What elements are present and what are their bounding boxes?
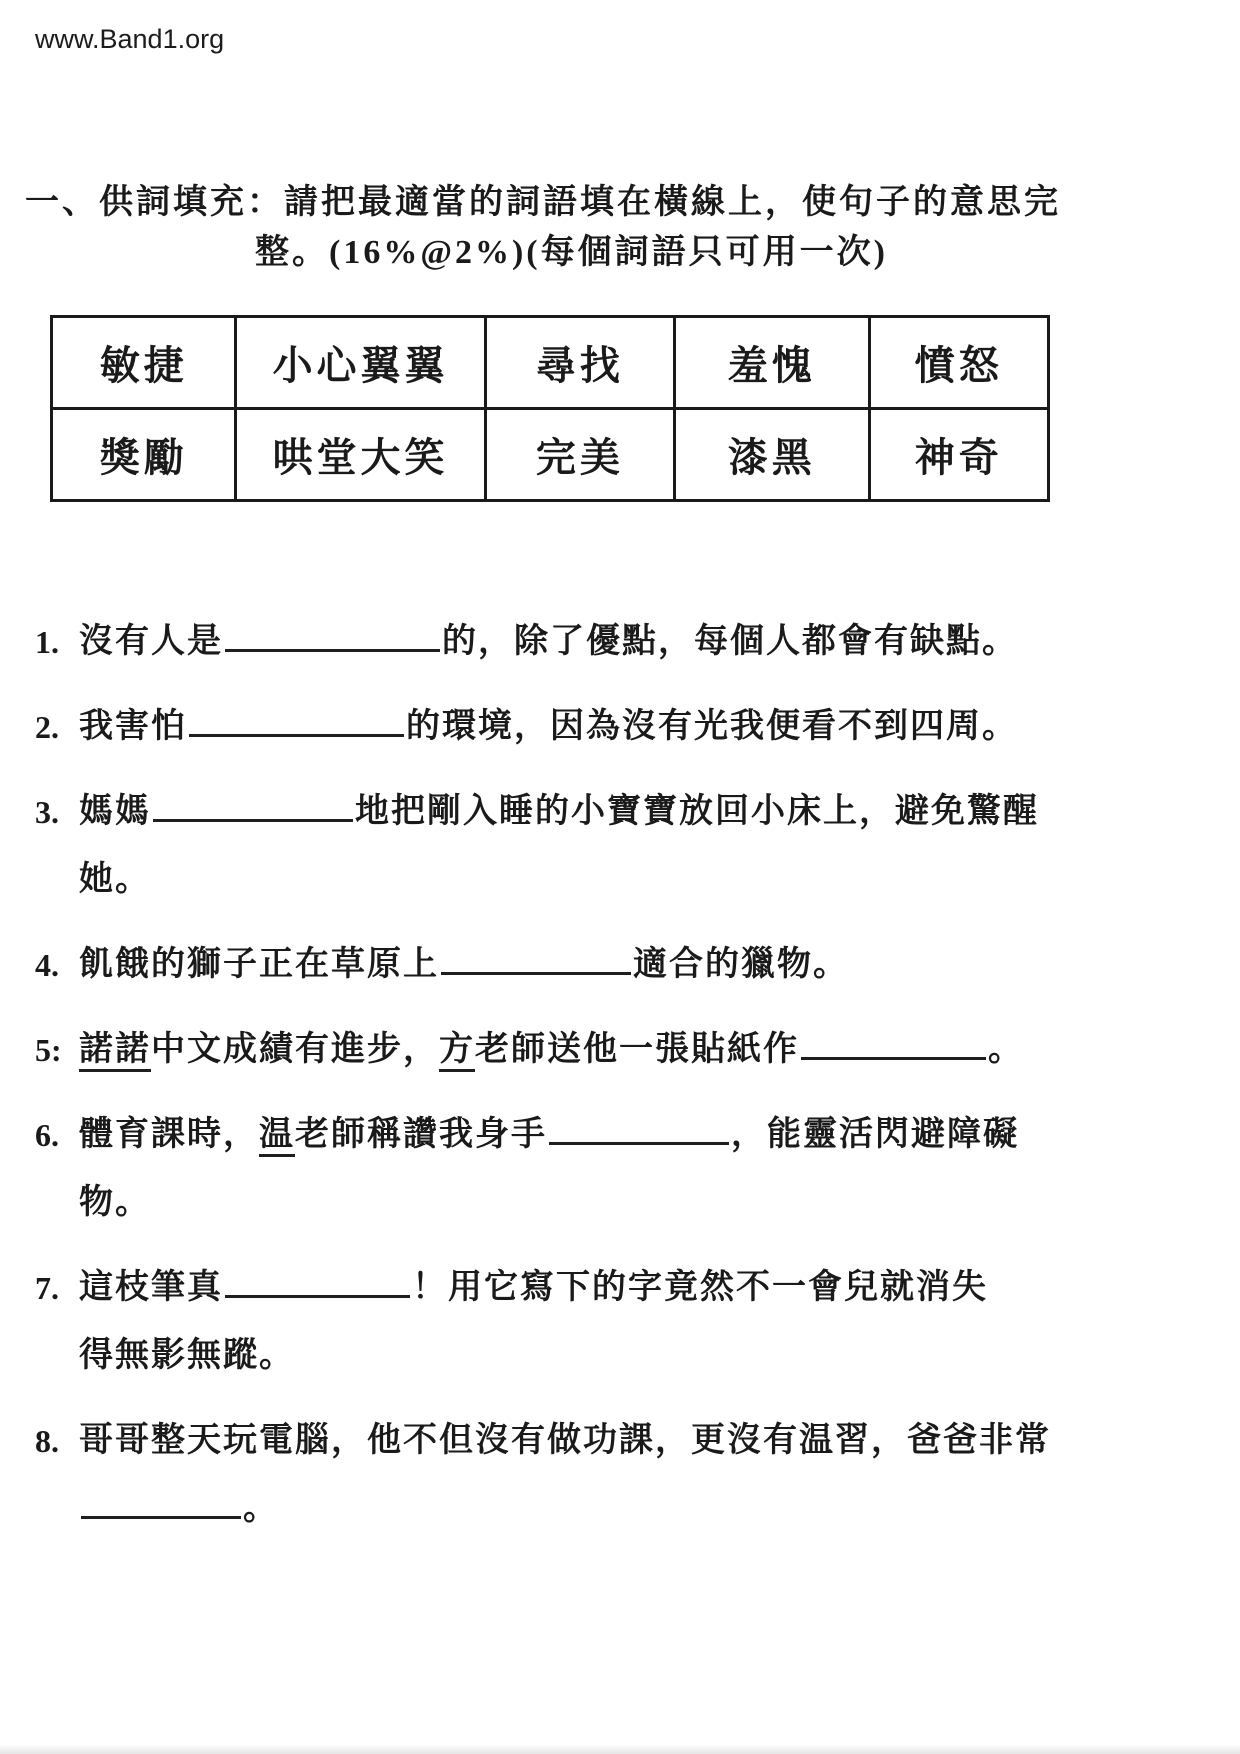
question-6-text: 體育課時，温老師稱讚我身手，能靈活閃避障礙 物。	[79, 1101, 1215, 1237]
scan-edge-shadow	[0, 1744, 1240, 1754]
question-6: 6. 體育課時，温老師稱讚我身手，能靈活閃避障礙 物。	[35, 1101, 1215, 1237]
answer-blank-5	[801, 1023, 986, 1060]
section-title: 一、供詞填充：請把最適當的詞語填在橫線上，使句子的意思完 整。(16%@2%)(…	[25, 178, 1125, 278]
question-4: 4. 飢餓的獅子正在草原上適合的獵物。	[35, 931, 1215, 999]
question-3-number: 3.	[35, 778, 79, 846]
question-8-number: 8.	[35, 1407, 79, 1475]
word-bank-cell-r2c2: 哄堂大笑	[236, 409, 485, 501]
word-bank-cell-r2c4: 漆黑	[675, 409, 869, 501]
underlined-name-fang: 方	[439, 1031, 475, 1072]
word-bank-row-1: 敏捷 小心翼翼 尋找 羞愧 憤怒	[52, 317, 1049, 409]
word-bank-cell-r1c5: 憤怒	[869, 317, 1048, 409]
question-2: 2. 我害怕的環境，因為沒有光我便看不到四周。	[35, 693, 1215, 761]
word-bank-cell-r1c2: 小心翼翼	[236, 317, 485, 409]
section-title-line2: 整。(16%@2%)(每個詞語只可用一次)	[25, 228, 1125, 278]
answer-blank-2	[189, 700, 404, 737]
question-7-number: 7.	[35, 1254, 79, 1322]
question-3-text: 媽媽地把剛入睡的小寶寶放回小床上，避免驚醒 她。	[79, 778, 1215, 914]
answer-blank-3	[153, 785, 353, 822]
question-5-text: 諾諾中文成績有進步，方老師送他一張貼紙作。	[79, 1016, 1215, 1084]
word-bank-cell-r2c5: 神奇	[869, 409, 1048, 501]
word-bank-table: 敏捷 小心翼翼 尋找 羞愧 憤怒 獎勵 哄堂大笑 完美 漆黑 神奇	[50, 315, 1050, 502]
question-6-number: 6.	[35, 1101, 79, 1169]
question-2-number: 2.	[35, 693, 79, 761]
question-1-text: 沒有人是的，除了優點，每個人都會有缺點。	[79, 608, 1215, 676]
answer-blank-1	[225, 615, 440, 652]
word-bank-row-2: 獎勵 哄堂大笑 完美 漆黑 神奇	[52, 409, 1049, 501]
question-1: 1. 沒有人是的，除了優點，每個人都會有缺點。	[35, 608, 1215, 676]
word-bank-cell-r2c3: 完美	[485, 409, 674, 501]
word-bank-cell-r1c4: 羞愧	[675, 317, 869, 409]
word-bank-cell-r1c1: 敏捷	[52, 317, 236, 409]
word-bank-cell-r2c1: 獎勵	[52, 409, 236, 501]
answer-blank-4	[441, 938, 631, 975]
question-1-number: 1.	[35, 608, 79, 676]
underlined-name-wen: 温	[259, 1116, 295, 1157]
answer-blank-6	[549, 1108, 729, 1145]
question-7-text: 這枝筆真！用它寫下的字竟然不一會兒就消失 得無影無蹤。	[79, 1254, 1215, 1390]
question-5: 5: 諾諾中文成績有進步，方老師送他一張貼紙作。	[35, 1016, 1215, 1084]
site-watermark: www.Band1.org	[35, 24, 224, 55]
question-4-number: 4.	[35, 931, 79, 999]
question-7: 7. 這枝筆真！用它寫下的字竟然不一會兒就消失 得無影無蹤。	[35, 1254, 1215, 1390]
question-list: 1. 沒有人是的，除了優點，每個人都會有缺點。 2. 我害怕的環境，因為沒有光我…	[35, 608, 1215, 1560]
worksheet-page: www.Band1.org 一、供詞填充：請把最適當的詞語填在橫線上，使句子的意…	[0, 0, 1240, 1754]
question-8-text: 哥哥整天玩電腦，他不但沒有做功課，更沒有温習，爸爸非常 。	[79, 1407, 1215, 1543]
underlined-name-nuonuo: 諾諾	[79, 1031, 151, 1072]
question-8: 8. 哥哥整天玩電腦，他不但沒有做功課，更沒有温習，爸爸非常 。	[35, 1407, 1215, 1543]
question-4-text: 飢餓的獅子正在草原上適合的獵物。	[79, 931, 1215, 999]
question-2-text: 我害怕的環境，因為沒有光我便看不到四周。	[79, 693, 1215, 761]
question-5-number: 5:	[35, 1016, 79, 1084]
word-bank-cell-r1c3: 尋找	[485, 317, 674, 409]
answer-blank-7	[225, 1261, 410, 1298]
section-title-line1: 一、供詞填充：請把最適當的詞語填在橫線上，使句子的意思完	[25, 178, 1125, 228]
question-3: 3. 媽媽地把剛入睡的小寶寶放回小床上，避免驚醒 她。	[35, 778, 1215, 914]
answer-blank-8	[81, 1482, 241, 1519]
